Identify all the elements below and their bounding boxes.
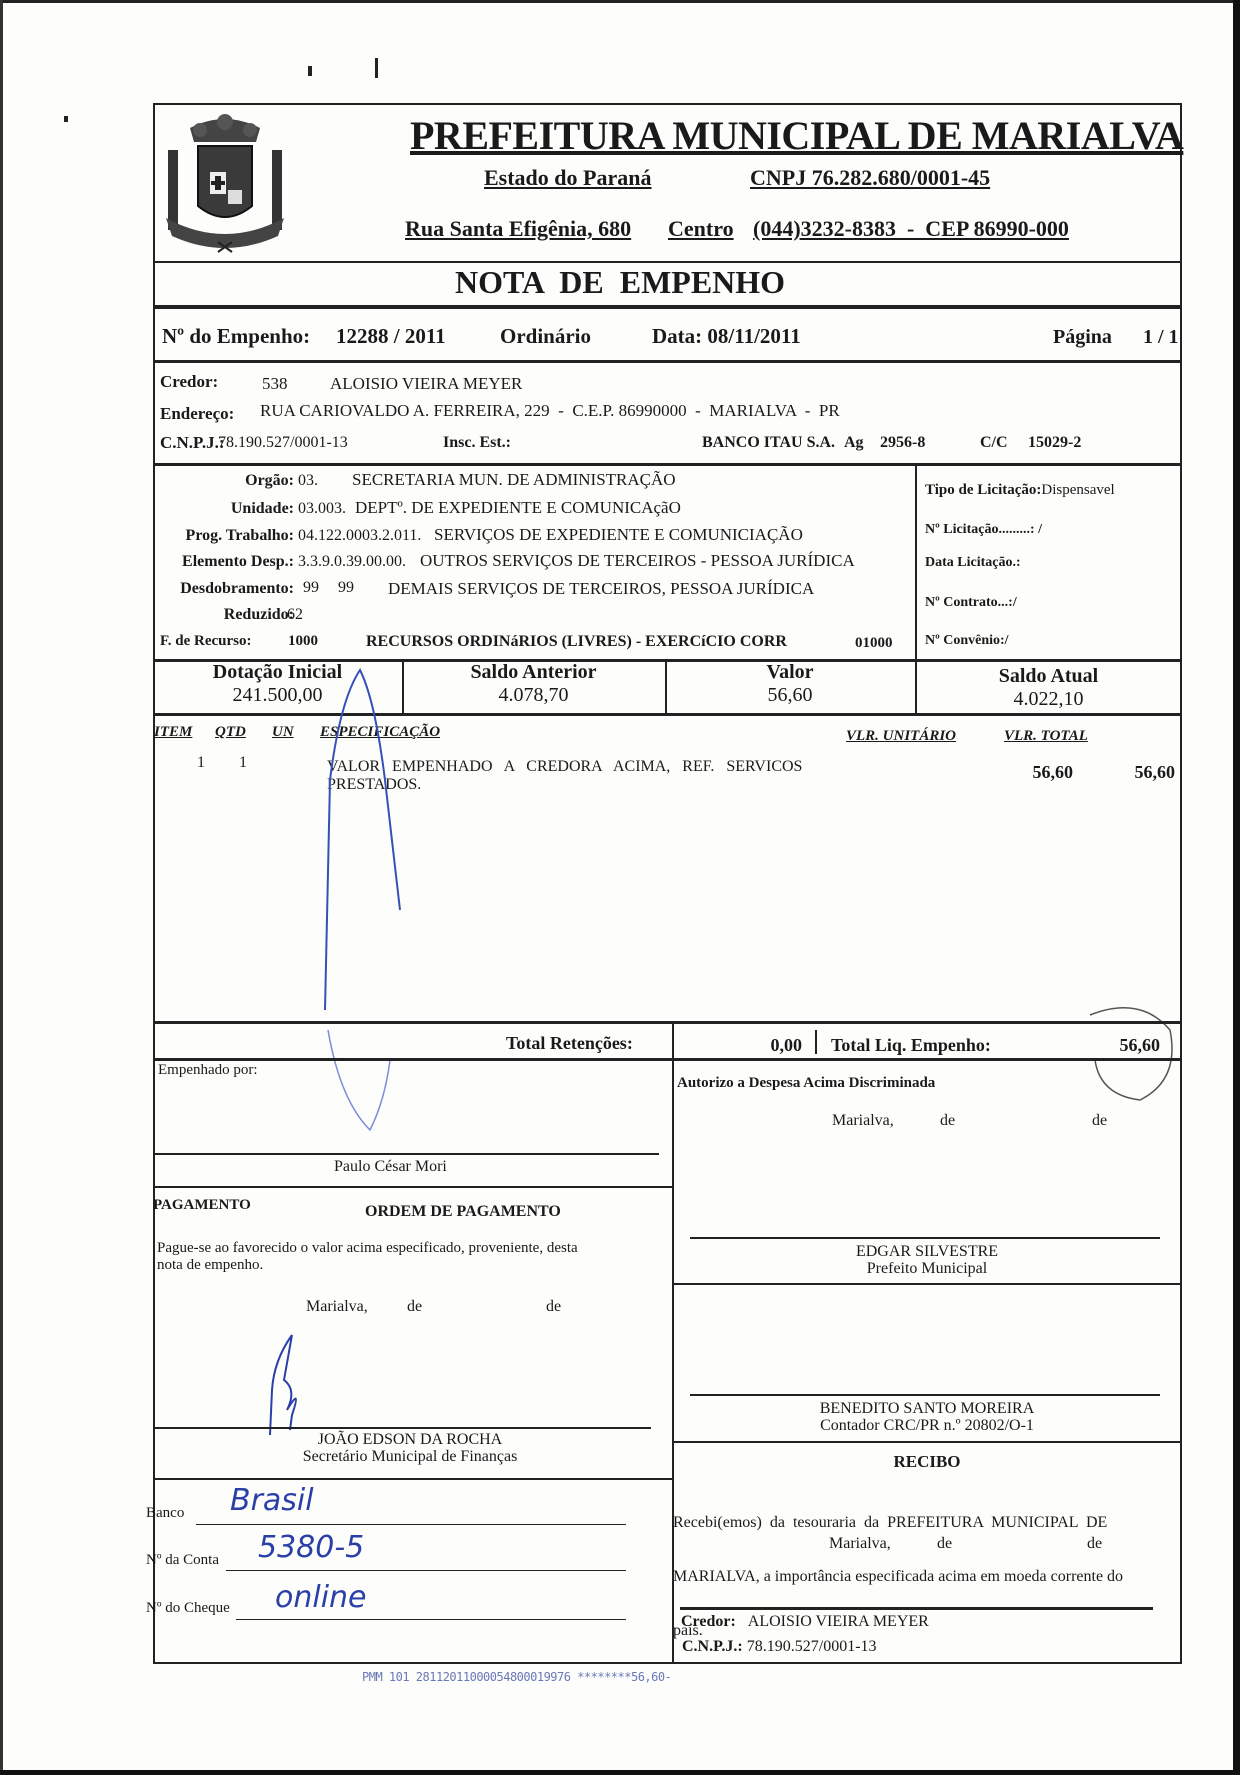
- secretario-role: Secretário Municipal de Finanças: [280, 1448, 540, 1465]
- recibo-cnpj: C.N.P.J.: 78.190.527/0001-13: [682, 1638, 877, 1656]
- municipality-district: Centro: [668, 216, 734, 242]
- liquido-value: 56,60: [1060, 1035, 1160, 1056]
- convenio-number: Nº Convênio:/: [925, 633, 1009, 649]
- empenho-date: Data: 08/11/2011: [652, 324, 801, 349]
- items-header-qtd: QTD: [215, 724, 246, 741]
- ordem-pagamento-title: ORDEM DE PAGAMENTO: [365, 1203, 561, 1221]
- conta-field[interactable]: 5380-5: [258, 1530, 364, 1565]
- unidade-desc: DEPTº. DE EXPEDIENTE E COMUNICAçãO: [355, 498, 681, 518]
- credor-label: Credor:: [160, 372, 218, 392]
- insc-est-label: Insc. Est.:: [443, 434, 511, 452]
- recibo-place: Marialva,: [829, 1535, 891, 1553]
- prog-trabalho-label: Prog. Trabalho:: [156, 527, 294, 545]
- recibo-credor: Credor: ALOISIO VIEIRA MEYER: [681, 1613, 929, 1631]
- divider: [815, 1030, 817, 1054]
- municipality-phone-cep: (044)3232-8383 - CEP 86990-000: [753, 216, 1069, 242]
- signature-line: [154, 1153, 659, 1155]
- agency-number: 2956-8: [880, 434, 925, 452]
- autorizo-de-1: de: [940, 1112, 955, 1130]
- handwritten-signature: [262, 1330, 322, 1440]
- divider: [153, 1478, 672, 1480]
- scan-speck: [308, 66, 312, 76]
- pagamento-de-2: de: [546, 1298, 561, 1316]
- licitacao-number: Nº Licitação.........: /: [925, 522, 1042, 538]
- agency-label: Ag: [844, 434, 864, 452]
- credor-address: RUA CARIOVALDO A. FERREIRA, 229 - C.E.P.…: [260, 401, 840, 421]
- item-total-value: 56,60: [1053, 762, 1175, 783]
- elemento-code: 3.3.9.0.39.00.00.: [298, 553, 406, 571]
- elemento-label: Elemento Desp.:: [156, 553, 294, 571]
- account-number: 15029-2: [1028, 434, 1081, 452]
- empenhado-signer: Paulo César Mori: [334, 1158, 447, 1176]
- items-header-item: ITEM: [154, 724, 192, 741]
- pagamento-de-1: de: [407, 1298, 422, 1316]
- cheque-field[interactable]: online: [275, 1580, 367, 1615]
- recibo-cnpj-value: 78.190.527/0001-13: [747, 1638, 877, 1655]
- divider: [153, 1058, 1182, 1061]
- licitacao-date: Data Licitação.:: [925, 555, 1021, 571]
- recibo-credor-name: ALOISIO VIEIRA MEYER: [748, 1613, 929, 1630]
- retencoes-label: Total Retenções:: [506, 1033, 633, 1054]
- empenhado-label: Empenhado por:: [158, 1062, 258, 1079]
- municipality-cnpj: CNPJ 76.282.680/0001-45: [750, 165, 990, 191]
- pagamento-place: Marialva,: [306, 1298, 368, 1316]
- secretario-name: JOÃO EDSON DA ROCHA: [280, 1431, 540, 1448]
- retencoes-value: 0,00: [700, 1035, 802, 1056]
- reduzido-value: 62: [287, 606, 303, 624]
- signature-line: [680, 1607, 1153, 1610]
- banco-label: Banco: [146, 1505, 184, 1522]
- recibo-text: Recebi(emos) da tesouraria da PREFEITURA…: [673, 1478, 1173, 1658]
- prog-trabalho-desc: SERVIÇOS DE EXPEDIENTE E COMUNICIAÇÃO: [434, 525, 803, 545]
- credor-cnpj-label: C.N.P.J.:: [160, 433, 225, 453]
- prefeito-role: Prefeito Municipal: [672, 1260, 1182, 1277]
- credor-code: 538: [262, 374, 288, 394]
- divider: [153, 360, 1182, 363]
- authentication-stamp: PMM 101 28112011000054800019976 ********…: [362, 1670, 671, 1684]
- signature-line: [154, 1427, 651, 1429]
- divider: [153, 261, 1182, 263]
- recibo-de-2: de: [1087, 1535, 1102, 1553]
- scan-edge-bottom: [0, 1770, 1240, 1775]
- municipality-address: Rua Santa Efigênia, 680: [405, 216, 631, 242]
- recurso-number: 01000: [855, 635, 893, 652]
- cheque-label: Nº do Cheque: [146, 1600, 230, 1617]
- orgao-code: 03.: [298, 472, 318, 490]
- scan-edge-top: [0, 0, 1240, 3]
- recibo-de-1: de: [937, 1535, 952, 1553]
- recurso-code: 1000: [288, 633, 318, 650]
- divider: [153, 1186, 672, 1188]
- prog-trabalho-code: 04.122.0003.2.011.: [298, 527, 421, 545]
- desdobramento-code-2: 99: [338, 579, 354, 597]
- desdobramento-label: Desdobramento:: [154, 580, 294, 598]
- state-name: Estado do Paraná: [484, 165, 651, 191]
- reduzido-label: Reduzido:: [160, 606, 294, 624]
- recibo-title: RECIBO: [672, 1452, 1182, 1472]
- divider: [915, 463, 917, 659]
- divider: [153, 305, 1182, 309]
- empenho-number-label: Nº do Empenho:: [162, 324, 310, 349]
- prefeito-name: EDGAR SILVESTRE: [672, 1243, 1182, 1260]
- credor-cnpj: 78.190.527/0001-13: [218, 434, 348, 452]
- cheque-field-line: [236, 1619, 626, 1620]
- orgao-desc: SECRETARIA MUN. DE ADMINISTRAÇÃO: [352, 470, 676, 490]
- licitacao-type-value: Dispensavel: [1041, 482, 1114, 498]
- municipality-title: PREFEITURA MUNICIPAL DE MARIALVA: [410, 112, 1183, 159]
- pagamento-label: PAGAMENTO: [153, 1197, 251, 1214]
- saldo-atual: Saldo Atual 4.022,10: [915, 665, 1182, 711]
- document-title: NOTA DE EMPENHO: [0, 264, 1240, 301]
- divider: [672, 1283, 1182, 1285]
- page-number: 1 / 1: [1143, 326, 1179, 349]
- page-label: Página: [1053, 326, 1112, 349]
- banco-field-line: [196, 1524, 626, 1525]
- divider: [672, 1441, 1182, 1443]
- crest-icon: [160, 110, 290, 255]
- divider: [153, 463, 1182, 466]
- prefeito-signature-block: EDGAR SILVESTRE Prefeito Municipal: [672, 1243, 1182, 1277]
- unidade-label: Unidade:: [160, 500, 294, 518]
- signature-line: [690, 1237, 1160, 1239]
- orgao-label: Orgão:: [160, 472, 294, 490]
- empenho-type: Ordinário: [500, 324, 591, 349]
- unidade-code: 03.003.: [298, 500, 346, 518]
- recurso-desc: RECURSOS ORDINáRIOS (LIVRES) - EXERCíCIO…: [366, 633, 787, 651]
- pen-mark: [290, 660, 450, 1140]
- pagamento-text: Pague-se ao favorecido o valor acima esp…: [157, 1240, 578, 1274]
- elemento-desc: OUTROS SERVIÇOS DE TERCEIROS - PESSOA JU…: [420, 551, 855, 571]
- desdobramento-code-1: 99: [303, 579, 319, 597]
- desdobramento-desc: DEMAIS SERVIÇOS DE TERCEIROS, PESSOA JUR…: [388, 579, 814, 599]
- secretario-signature-block: JOÃO EDSON DA ROCHA Secretário Municipal…: [280, 1431, 540, 1465]
- signature-line: [690, 1394, 1160, 1396]
- autorizo-de-2: de: [1092, 1112, 1107, 1130]
- item-number: 1: [197, 754, 205, 772]
- recurso-label: F. de Recurso:: [160, 633, 252, 650]
- credor-name: ALOISIO VIEIRA MEYER: [330, 374, 522, 394]
- licitacao-type-label: Tipo de Licitação:Dispensavel: [925, 482, 1115, 499]
- items-header-total-value: VLR. TOTAL: [1004, 728, 1088, 745]
- divider: [672, 1021, 674, 1058]
- contador-role: Contador CRC/PR n.º 20802/O-1: [672, 1417, 1182, 1434]
- items-header-unit-value: VLR. UNITÁRIO: [846, 728, 956, 745]
- contador-name: BENEDITO SANTO MOREIRA: [672, 1400, 1182, 1417]
- autorizo-label: Autorizo a Despesa Acima Discriminada: [677, 1075, 935, 1092]
- scan-speck: [64, 116, 68, 122]
- saldo-valor: Valor 56,60: [665, 661, 915, 707]
- liquido-label: Total Liq. Empenho:: [831, 1035, 991, 1056]
- conta-label: Nº da Conta: [146, 1552, 219, 1569]
- contador-signature-block: BENEDITO SANTO MOREIRA Contador CRC/PR n…: [672, 1400, 1182, 1434]
- empenho-number: 12288 / 2011: [336, 324, 446, 349]
- autorizo-place: Marialva,: [832, 1112, 894, 1130]
- conta-field-line: [226, 1570, 626, 1571]
- contrato-number: Nº Contrato...:/: [925, 595, 1017, 611]
- banco-field[interactable]: Brasil: [230, 1483, 314, 1518]
- divider: [153, 1021, 1182, 1024]
- item-qty: 1: [239, 754, 247, 772]
- address-label: Endereço:: [160, 404, 234, 424]
- account-label: C/C: [980, 434, 1008, 452]
- scan-speck: [375, 58, 378, 78]
- bank-name: BANCO ITAU S.A.: [702, 434, 835, 452]
